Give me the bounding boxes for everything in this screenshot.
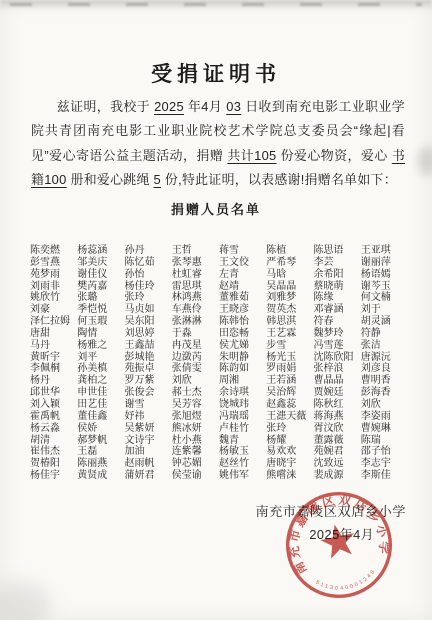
paragraph-segment: 兹证明，我校于: [57, 99, 150, 114]
roster-name: 熊嚐涞: [266, 466, 313, 478]
roster-name: 沈陈欣阳: [314, 348, 361, 360]
seal-serial-number: 5113040001248: [314, 567, 381, 597]
roster-name: 张琴惠: [172, 253, 219, 265]
footer: 南充市嘉陵区双店乡小学 2025年4月: [255, 501, 406, 543]
roster-name: 唐晓宇: [266, 454, 313, 466]
roster-name: 吴紫妍: [125, 419, 172, 431]
roster-name: 张玲: [266, 419, 313, 431]
roster-name: 谢佳仪: [77, 265, 124, 277]
paragraph-segment: 份,特此证明，以表感谢!捐赠名单如下：: [165, 172, 397, 187]
roster-name: 陈韵如: [219, 359, 266, 371]
roster-name: 胥汶欣: [314, 419, 361, 431]
roster-name: 泽仁拉姆: [30, 312, 77, 324]
roster-name: 邱世华: [30, 383, 77, 395]
roster-name: 侯娇: [77, 419, 124, 431]
paragraph-segment: 共计105: [227, 148, 276, 163]
roster-name: 妤祎: [125, 407, 172, 419]
roster-name: 吴东阳: [125, 312, 172, 324]
roster-name: 杨光玉: [266, 348, 313, 360]
roster-name: 张璐: [77, 288, 124, 300]
roster-name: 车燕伶: [172, 300, 219, 312]
roster-name: 唐源沅: [361, 348, 408, 360]
roster-name: 季恺悦: [77, 300, 124, 312]
roster-name: 陶情: [77, 324, 124, 336]
roster-name: 陈丽燕: [77, 454, 124, 466]
roster-name: 李志宇: [361, 454, 408, 466]
roster-name: 黄昕宇: [30, 348, 77, 360]
body-paragraph: 兹证明，我校于 2025 年4月 03 日收到南充电影工业职业学院共青团南充电影…: [31, 95, 405, 193]
roster-name: 裴成源: [314, 466, 361, 478]
roster-heading: 捐赠人员名单: [0, 199, 432, 218]
roster-name: 孙美槙: [77, 359, 124, 371]
roster-name: 彭海香: [361, 383, 408, 395]
roster-name: 刘入颖: [30, 395, 77, 407]
roster-name: 王若涵: [266, 371, 313, 383]
roster-name: 马丹: [30, 336, 77, 348]
roster-name: 王文佼: [219, 253, 266, 265]
roster-name: 雷思琪: [172, 277, 219, 289]
roster-name: 罗万紫: [125, 371, 172, 383]
paragraph-segment: 5: [154, 172, 161, 187]
roster-name: 陈缘: [314, 288, 361, 300]
roster-name: 郝士杰: [172, 383, 219, 395]
roster-name: 赵靖: [219, 277, 266, 289]
scan-artifact-top: [0, 0, 432, 10]
roster-name: 胡清: [30, 431, 77, 443]
roster-name: 文诗宇: [125, 431, 172, 443]
roster-name: 龚柏之: [77, 371, 124, 383]
roster-grid: 陈奕燃 杨蕊涵 孙丹 王哲 蒋雪 陈植 陈思语 王亚琪 彭雪燕 邹美庆 陈忆茹 …: [30, 241, 408, 478]
seal-serial-holder: 5113040001248: [314, 567, 381, 597]
roster-name: 张旭煜: [172, 407, 219, 419]
roster-name: 王亚琪: [361, 241, 408, 253]
roster-name: 谢芩玉: [361, 277, 408, 289]
roster-name: 苑婉君: [314, 442, 361, 454]
roster-name: 王漶天薇: [266, 407, 313, 419]
roster-name: 符静: [361, 324, 408, 336]
roster-name: 连紫馨: [172, 442, 219, 454]
roster-name: 李姿雨: [361, 407, 408, 419]
roster-name: 王磊: [77, 442, 124, 454]
roster-name: 朱明静: [219, 348, 266, 360]
roster-name: 冯瑞瑶: [219, 407, 266, 419]
roster-name: 刘欣: [172, 371, 219, 383]
roster-name: 胡灵涵: [361, 312, 408, 324]
roster-name: 曹明香: [361, 371, 408, 383]
roster-name: 董雅茹: [219, 288, 266, 300]
roster-name: 董露薇: [314, 431, 361, 443]
roster-name: 赵丝竹: [219, 454, 266, 466]
roster-name: 刘豪: [30, 300, 77, 312]
roster-name: 易欢欢: [266, 442, 313, 454]
roster-name: 苑梦雨: [30, 265, 77, 277]
roster-name: 孙怡: [125, 265, 172, 277]
roster-name: 吴治辉: [266, 383, 313, 395]
roster-name: 熊冰妍: [172, 419, 219, 431]
roster-name: 王哲: [172, 241, 219, 253]
roster-name: 黄贤成: [77, 466, 124, 478]
roster-name: 贺椿阳: [30, 454, 77, 466]
roster-name: 何文楠: [361, 288, 408, 300]
roster-name: 严希琴: [266, 253, 313, 265]
roster-name: 杨雅之: [77, 336, 124, 348]
roster-name: 杨佳宇: [30, 466, 77, 478]
roster-name: 董佳鑫: [77, 407, 124, 419]
roster-name: 韩思淇: [266, 312, 313, 324]
paragraph-segment: 2025: [154, 99, 184, 114]
roster-name: 冉茂星: [172, 336, 219, 348]
roster-name: 邵子怡: [361, 442, 408, 454]
roster-name: 何玉瑕: [77, 312, 124, 324]
roster-name: 饶城玮: [219, 395, 266, 407]
roster-name: 周湘: [219, 371, 266, 383]
roster-name: 赵鑫蕊: [266, 395, 313, 407]
roster-name: 杜虹睿: [172, 265, 219, 277]
roster-name: 于淼: [172, 324, 219, 336]
roster-name: 陈植: [266, 241, 313, 253]
roster-name: 姚伟军: [219, 466, 266, 478]
roster-name: 吴芳容: [172, 395, 219, 407]
scan-artifact-top-dashes: [10, 3, 422, 6]
roster-name: 陈瑞: [361, 431, 408, 443]
roster-name: 王晓彦: [219, 300, 266, 312]
roster-name: 杨敏玉: [219, 442, 266, 454]
roster-name: 侯莹谕: [172, 466, 219, 478]
roster-name: 彭雪燕: [30, 253, 77, 265]
roster-name: 张梓浪: [314, 359, 361, 371]
roster-name: 贾婉廷: [314, 383, 361, 395]
scan-artifact-bottom-left: [0, 582, 50, 620]
roster-name: 刘彦良: [361, 359, 408, 371]
roster-name: 钟芯媚: [172, 454, 219, 466]
paragraph-segment: 册和爱心跳绳: [71, 172, 150, 187]
document-title: 受捐证明书: [0, 58, 432, 88]
roster-name: 张倩雯: [172, 359, 219, 371]
roster-name: 崔伟杰: [30, 442, 77, 454]
roster-name: 马贞如: [125, 300, 172, 312]
roster-name: 杨丹: [30, 371, 77, 383]
roster-name: 张俊会: [125, 383, 172, 395]
roster-name: 姚欣竹: [30, 288, 77, 300]
roster-name: 余希阳: [314, 265, 361, 277]
roster-name: 魏青: [219, 431, 266, 443]
roster-name: 唐甜: [30, 324, 77, 336]
roster-name: 蔡晓萌: [314, 277, 361, 289]
roster-name: 郝梦帆: [77, 431, 124, 443]
scan-artifact-right: [418, 146, 432, 176]
roster-name: 苑振卓: [125, 359, 172, 371]
roster-name: 杨蕊涵: [77, 241, 124, 253]
paragraph-segment: 03: [226, 99, 241, 114]
paragraph-segment: 份爱心物资，爱心: [281, 148, 388, 163]
roster-name: 步雪: [266, 336, 313, 348]
roster-name: 赵雨帆: [125, 454, 172, 466]
roster-name: 魏梦玲: [314, 324, 361, 336]
roster-name: 杨佳玲: [125, 277, 172, 289]
roster-name: 谢丽萍: [361, 253, 408, 265]
roster-name: 吴晶晶: [266, 277, 313, 289]
roster-name: 沈致远: [314, 454, 361, 466]
roster-name: 蒋雪: [219, 241, 266, 253]
roster-name: 侯尤娣: [219, 336, 266, 348]
roster-name: 王鑫喆: [125, 336, 172, 348]
roster-name: 谢雪: [125, 395, 172, 407]
roster-name: 王艺霖: [266, 324, 313, 336]
roster-name: 陈忆茹: [125, 253, 172, 265]
roster-name: 蒲妍君: [125, 466, 172, 478]
roster-name: 左青: [219, 265, 266, 277]
official-seal-stamp: 南充市嘉陵区双店乡小学 5113040001248: [271, 477, 406, 612]
roster-name: 陈秋红: [314, 395, 361, 407]
paragraph-segment: 年4月: [188, 99, 222, 114]
roster-name: 刘于: [361, 300, 408, 312]
issue-date: 2025年4月: [255, 524, 406, 543]
roster-name: 李斯佳: [361, 466, 408, 478]
roster-name: 冯雪莲: [314, 336, 361, 348]
issuer-org-name: 南充市嘉陵区双店乡小学: [255, 501, 406, 520]
roster-name: 田艺佳: [77, 395, 124, 407]
roster-name: 张玲: [125, 288, 172, 300]
roster-name: 陈韩怡: [219, 312, 266, 324]
roster-name: 彭城艳: [125, 348, 172, 360]
roster-name: 边潋芮: [172, 348, 219, 360]
roster-name: 杨云淼: [30, 419, 77, 431]
roster-name: 杨语嫣: [361, 265, 408, 277]
roster-name: 马晗: [266, 265, 313, 277]
roster-name: 孙丹: [125, 241, 172, 253]
roster-name: 杜小燕: [172, 431, 219, 443]
roster-name: 加油: [125, 442, 172, 454]
roster-name: 蒋海燕: [314, 407, 361, 419]
roster-name: 刘雨非: [30, 277, 77, 289]
roster-name: 刘欣: [361, 395, 408, 407]
roster-name: 曹婉琳: [361, 419, 408, 431]
roster-name: 陈思语: [314, 241, 361, 253]
roster-name: 杨耀: [266, 431, 313, 443]
roster-name: 林鸿燕: [172, 288, 219, 300]
roster-name: 田恣畅: [219, 324, 266, 336]
roster-name: 陈奕燃: [30, 241, 77, 253]
roster-name: 曹晶晶: [314, 371, 361, 383]
roster-name: 刘平: [77, 348, 124, 360]
roster-name: 樊芮嘉: [77, 277, 124, 289]
roster-name: 卢桂竹: [219, 419, 266, 431]
document-page: 受捐证明书 兹证明，我校于 2025 年4月 03 日收到南充电影工业职业学院共…: [0, 0, 432, 620]
roster-name: 张淋淋: [172, 312, 219, 324]
roster-name: 罗雨娟: [266, 359, 313, 371]
roster-name: 余诗琪: [219, 383, 266, 395]
roster-name: 邓睿涵: [314, 300, 361, 312]
roster-name: 申世佳: [77, 383, 124, 395]
roster-name: 张洁: [361, 336, 408, 348]
roster-name: 刘思婷: [125, 324, 172, 336]
roster-name: 贺英杰: [266, 300, 313, 312]
roster-name: 符春: [314, 312, 361, 324]
roster-name: 邹美庆: [77, 253, 124, 265]
roster-name: 李佩桐: [30, 359, 77, 371]
roster-name: 刘雅梦: [266, 288, 313, 300]
roster-name: 霍禹帆: [30, 407, 77, 419]
roster-name: 李芸: [314, 253, 361, 265]
